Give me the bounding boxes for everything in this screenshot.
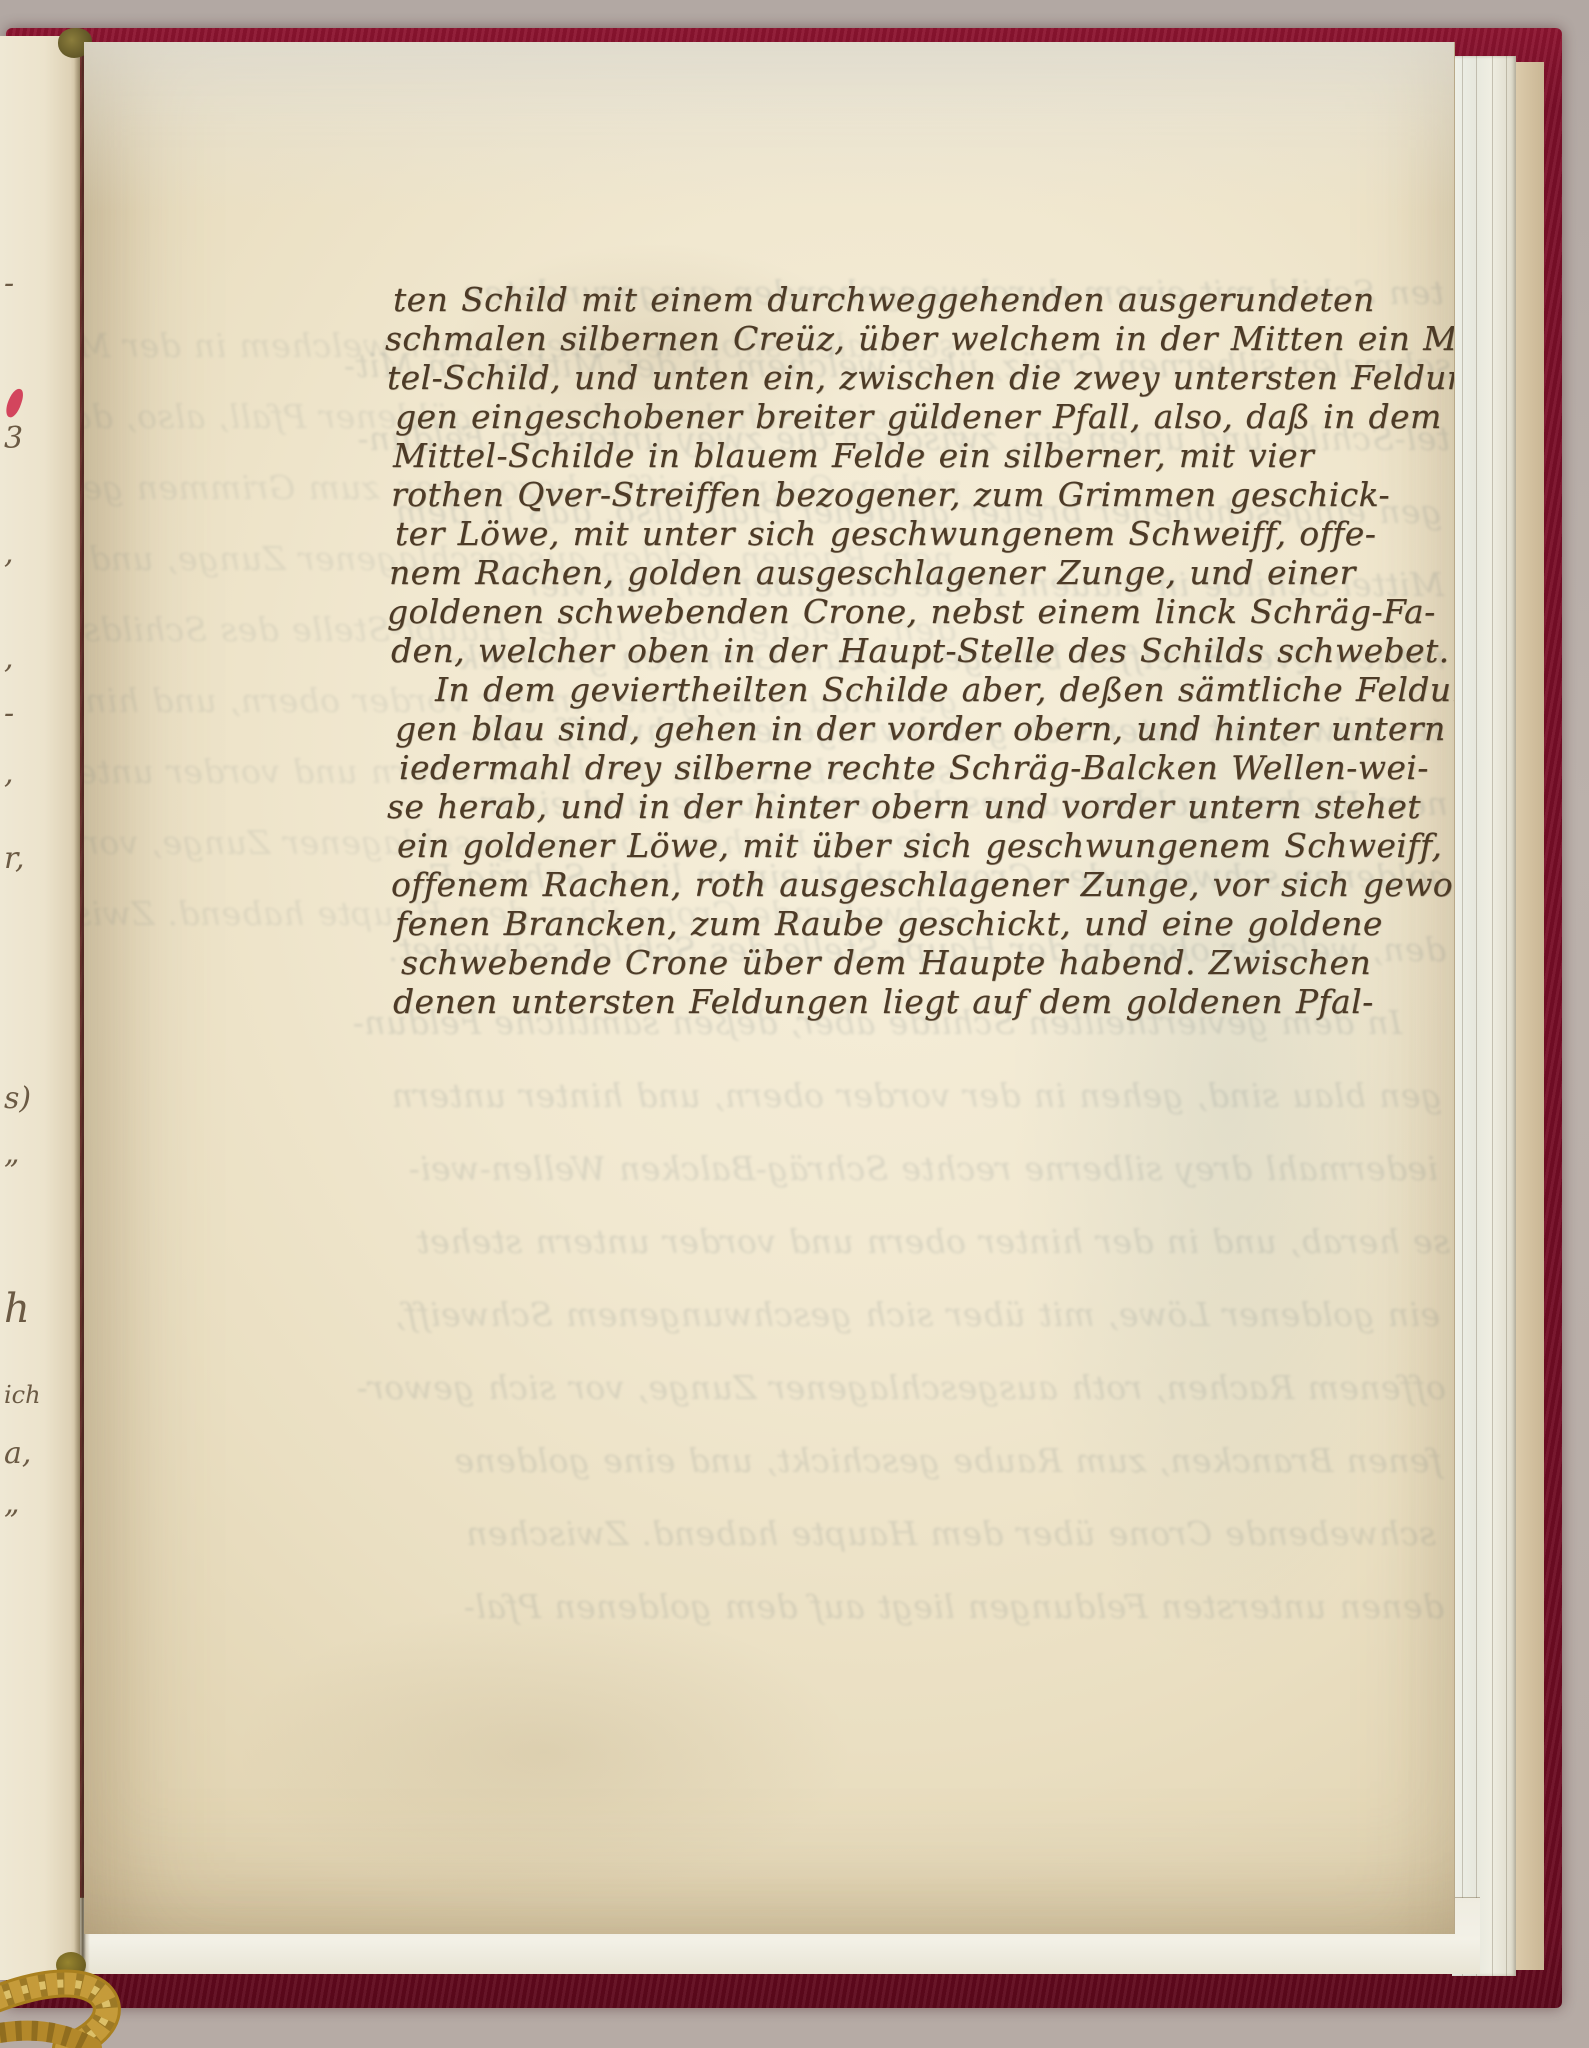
page-fragment: ,: [4, 756, 14, 791]
manuscript-line: tel-Schild, und unten ein, zwischen die …: [387, 358, 1415, 397]
manuscript-line: nem Rachen, golden ausgeschlagener Zunge…: [389, 553, 1415, 592]
manuscript-line: gen eingeschobener breiter güldener Pfal…: [395, 397, 1415, 436]
gold-cord: [0, 1940, 240, 2048]
manuscript-line: schwebende Crone über dem Haupte habend.…: [401, 943, 1415, 982]
manuscript-line: schmalen silbernen Creüz, über welchem i…: [385, 319, 1415, 358]
page-curl-highlight: [84, 42, 1454, 212]
page-fragment: ich: [4, 1381, 41, 1409]
page-fragment: r,: [4, 841, 25, 876]
page-fragment: ,: [4, 536, 14, 571]
handwritten-text-block: ten Schild mit einem durchweggehenden au…: [385, 280, 1415, 1021]
manuscript-line: ten Schild mit einem durchweggehenden au…: [393, 280, 1415, 319]
page-edge-line: [1506, 56, 1507, 1976]
page-stack-fore-edge: [1452, 56, 1516, 1976]
book-block-edge: [1516, 62, 1544, 1970]
page-edge-line: [1462, 56, 1463, 1976]
page-fragment: a,: [4, 1436, 31, 1471]
manuscript-page: ten Schild mit einem durchweggehenden au…: [84, 42, 1455, 1934]
manuscript-line: denen untersten Feldungen liegt auf dem …: [393, 982, 1415, 1021]
page-fragment: 3: [4, 421, 23, 456]
manuscript-line: In dem geviertheilten Schilde aber, deße…: [435, 670, 1415, 709]
manuscript-line: den, welcher oben in der Haupt-Stelle de…: [391, 631, 1415, 670]
page-edge-line: [1476, 56, 1477, 1976]
manuscript-line: ter Löwe, mit unter sich geschwungenem S…: [395, 514, 1415, 553]
manuscript-line: gen blau sind, gehen in der vorder obern…: [395, 709, 1415, 748]
manuscript-line: rothen Qver-Streiffen bezogener, zum Gri…: [391, 475, 1415, 514]
manuscript-line: se herab, und in der hinter obern und vo…: [387, 787, 1415, 826]
paper-stain: [234, 1602, 854, 1902]
page-fragment: s): [4, 1081, 31, 1116]
page-fragment: -: [4, 266, 14, 301]
manuscript-line: iedermahl drey silberne rechte Schräg-Ba…: [399, 748, 1415, 787]
manuscript-scan: - 3 , , - , r, s) „ h ich a, „ ten Schil…: [0, 0, 1589, 2048]
page-fragment: h: [4, 1286, 30, 1332]
page-fragment: „: [4, 1136, 20, 1171]
red-ink-mark: [4, 387, 26, 420]
manuscript-line: Mittel-Schilde in blauem Felde ein silbe…: [393, 436, 1415, 475]
page-edge-line: [1492, 56, 1493, 1976]
previous-page-edge: - 3 , , - , r, s) „ h ich a, „: [0, 36, 80, 1980]
manuscript-line: ein goldener Löwe, mit über sich geschwu…: [397, 826, 1415, 865]
manuscript-line: fenen Brancken, zum Raube geschickt, und…: [395, 904, 1415, 943]
page-fragment: -: [4, 696, 14, 731]
manuscript-line: offenem Rachen, roth ausgeschlagener Zun…: [391, 865, 1415, 904]
page-fragment: ,: [4, 641, 14, 676]
manuscript-line: goldenen schwebenden Crone, nebst einem …: [387, 592, 1415, 631]
page-fragment: „: [4, 1486, 20, 1521]
